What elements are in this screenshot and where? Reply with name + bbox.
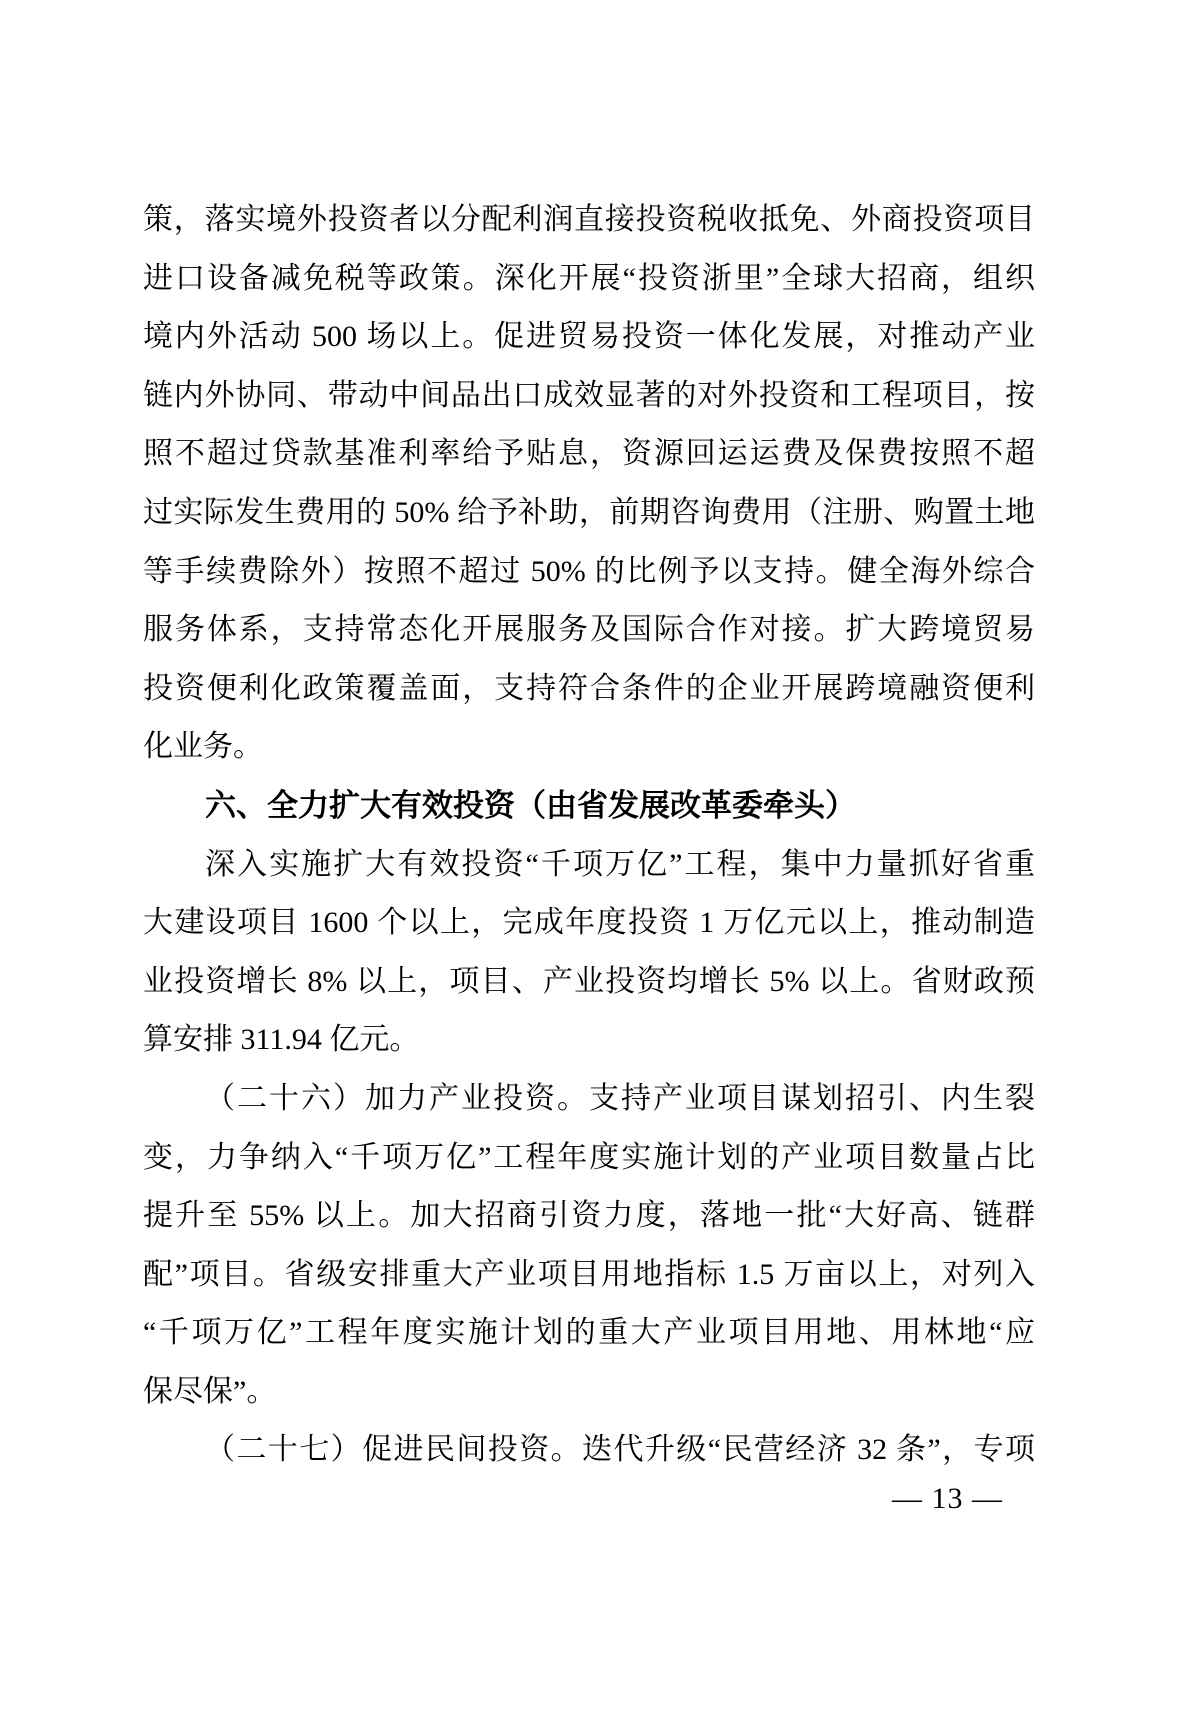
document-body: 策，落实境外投资者以分配利润直接投资税收抵免、外商投资项目进口设备减免税等政策。… xyxy=(143,191,1035,1480)
text-line: 策，落实境外投资者以分配利润直接投资税收抵免、外商投资项目 xyxy=(143,191,1035,250)
section-heading: 六、全力扩大有效投资（由省发展改革委牵头） xyxy=(143,777,1035,836)
text-line: “千项万亿”工程年度实施计划的重大产业项目用地、用林地“应 xyxy=(143,1304,1035,1363)
text-line: 进口设备减免税等政策。深化开展“投资浙里”全球大招商，组织 xyxy=(143,250,1035,309)
text-line: 等手续费除外）按照不超过 50% 的比例予以支持。健全海外综合 xyxy=(143,543,1035,602)
text-line: 保尽保”。 xyxy=(143,1363,1035,1422)
text-line: 链内外协同、带动中间品出口成效显著的对外投资和工程项目，按 xyxy=(143,367,1035,426)
page-number: — 13 — xyxy=(892,1479,1003,1519)
text-line: 化业务。 xyxy=(143,718,1035,777)
text-line: （二十七）促进民间投资。迭代升级“民营经济 32 条”，专项 xyxy=(143,1421,1035,1480)
text-line: 深入实施扩大有效投资“千项万亿”工程，集中力量抓好省重 xyxy=(143,836,1035,895)
text-line: 算安排 311.94 亿元。 xyxy=(143,1011,1035,1070)
text-line: 配”项目。省级安排重大产业项目用地指标 1.5 万亩以上，对列入 xyxy=(143,1246,1035,1305)
text-line: 投资便利化政策覆盖面，支持符合条件的企业开展跨境融资便利 xyxy=(143,660,1035,719)
text-line: 境内外活动 500 场以上。促进贸易投资一体化发展，对推动产业 xyxy=(143,308,1035,367)
text-line: 服务体系，支持常态化开展服务及国际合作对接。扩大跨境贸易 xyxy=(143,601,1035,660)
text-line: （二十六）加力产业投资。支持产业项目谋划招引、内生裂 xyxy=(143,1070,1035,1129)
text-line: 大建设项目 1600 个以上，完成年度投资 1 万亿元以上，推动制造 xyxy=(143,894,1035,953)
text-line: 提升至 55% 以上。加大招商引资力度，落地一批“大好高、链群 xyxy=(143,1187,1035,1246)
text-line: 过实际发生费用的 50% 给予补助，前期咨询费用（注册、购置土地 xyxy=(143,484,1035,543)
text-line: 照不超过贷款基准利率给予贴息，资源回运运费及保费按照不超 xyxy=(143,425,1035,484)
text-line: 业投资增长 8% 以上，项目、产业投资均增长 5% 以上。省财政预 xyxy=(143,953,1035,1012)
text-line: 变，力争纳入“千项万亿”工程年度实施计划的产业项目数量占比 xyxy=(143,1129,1035,1188)
